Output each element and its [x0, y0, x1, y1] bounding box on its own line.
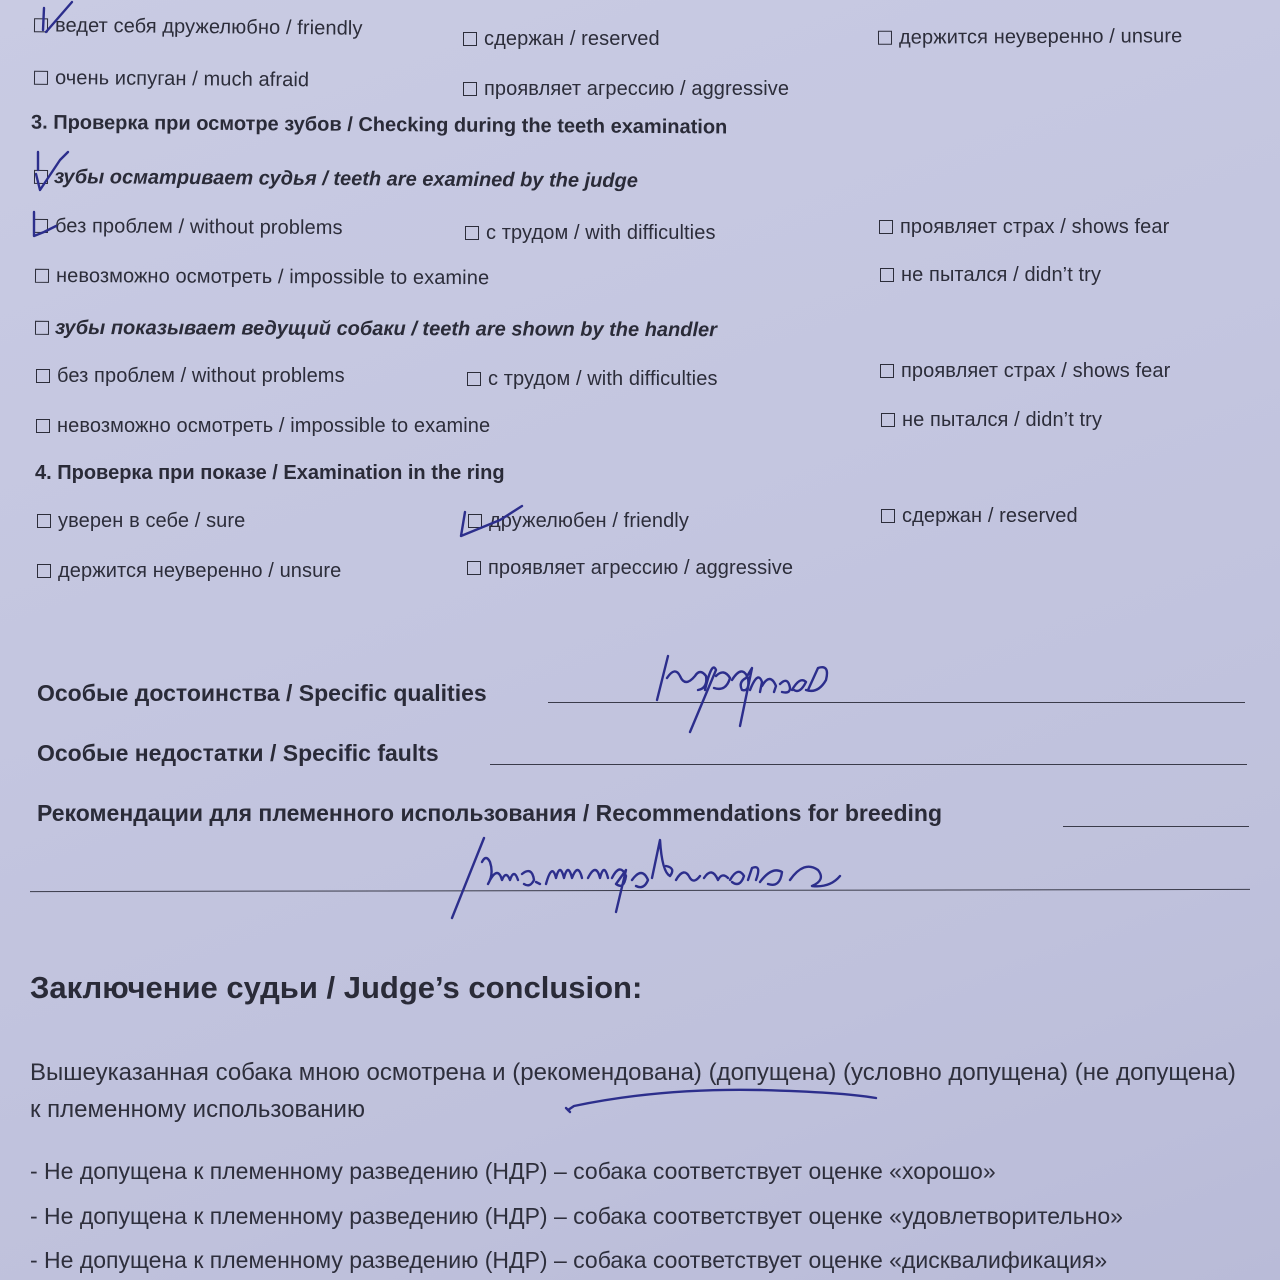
- checkbox-box[interactable]: [465, 226, 479, 240]
- checkbox-judge-shows-fear[interactable]: проявляет страх / shows fear: [879, 216, 1169, 239]
- checkbox-handler-with-difficulties[interactable]: с трудом / with difficulties: [467, 368, 718, 391]
- recommendations-label: Рекомендации для племенного использовани…: [37, 800, 942, 827]
- checkbox-box[interactable]: [880, 364, 894, 378]
- checkbox-box[interactable]: [34, 71, 48, 85]
- checkbox-ring-reserved[interactable]: сдержан / reserved: [881, 505, 1078, 528]
- checkbox-handler-without-problems[interactable]: без проблем / without problems: [36, 365, 345, 388]
- option-label: не пытался / didn’t try: [902, 409, 1102, 431]
- recommendations-line-short[interactable]: [1063, 826, 1249, 827]
- option-label: без проблем / without problems: [57, 365, 345, 387]
- recommendations-line-long[interactable]: [30, 889, 1250, 892]
- option-label: сдержан / reserved: [484, 28, 660, 50]
- checkbox-box[interactable]: [35, 269, 49, 283]
- option-label: сдержан / reserved: [902, 505, 1078, 527]
- checkbox-judge-without-problems[interactable]: без проблем / without problems: [34, 215, 343, 240]
- checkbox-handler-shows-fear[interactable]: проявляет страх / shows fear: [880, 360, 1170, 383]
- option-label: проявляет агрессию / aggressive: [488, 557, 793, 579]
- conclusion-bullet-disqualification: - Не допущена к племенному разведению (Н…: [30, 1247, 1107, 1274]
- specific-qualities-label: Особые достоинства / Specific qualities: [37, 680, 487, 707]
- checkbox-judge-didnt-try[interactable]: не пытался / didn’t try: [880, 264, 1101, 287]
- checkbox-behaves-friendly[interactable]: ведет себя дружелюбно / friendly: [34, 14, 363, 40]
- option-label: с трудом / with difficulties: [486, 222, 716, 244]
- conclusion-bullet-satisfactory: - Не допущена к племенному разведению (Н…: [30, 1203, 1123, 1230]
- option-label: зубы показывает ведущий собаки / teeth a…: [55, 317, 717, 341]
- option-label: не пытался / didn’t try: [901, 264, 1101, 286]
- checkbox-box[interactable]: [37, 514, 51, 528]
- conclusion-statement: Вышеуказанная собака мною осмотрена и (р…: [30, 1054, 1240, 1128]
- checkbox-teeth-by-judge[interactable]: зубы осматривает судья / teeth are exami…: [34, 166, 638, 193]
- checkbox-ring-friendly[interactable]: дружелюбен / friendly: [468, 510, 689, 533]
- option-label: держится неуверенно / unsure: [58, 560, 341, 582]
- checkbox-much-afraid[interactable]: очень испуган / much afraid: [34, 67, 309, 92]
- checkbox-box[interactable]: [880, 268, 894, 282]
- specific-faults-label: Особые недостатки / Specific faults: [37, 740, 439, 767]
- handwritten-recommendation-text: [452, 838, 840, 918]
- checkbox-judge-impossible[interactable]: невозможно осмотреть / impossible to exa…: [35, 265, 489, 290]
- checkbox-handler-didnt-try[interactable]: не пытался / didn’t try: [881, 409, 1102, 432]
- checkbox-box[interactable]: [34, 170, 48, 184]
- checkbox-box[interactable]: [34, 219, 48, 233]
- checkbox-ring-unsure[interactable]: держится неуверенно / unsure: [37, 560, 341, 583]
- checkbox-ring-aggressive[interactable]: проявляет агрессию / aggressive: [467, 557, 793, 580]
- option-label: невозможно осмотреть / impossible to exa…: [57, 415, 490, 437]
- checkbox-box[interactable]: [881, 509, 895, 523]
- checkbox-aggressive[interactable]: проявляет агрессию / aggressive: [463, 78, 789, 101]
- option-label: очень испуган / much afraid: [55, 67, 309, 91]
- option-label: невозможно осмотреть / impossible to exa…: [56, 265, 489, 289]
- option-label: зубы осматривает судья / teeth are exami…: [54, 166, 638, 192]
- checkbox-box[interactable]: [37, 564, 51, 578]
- section-3-title: 3. Проверка при осмотре зубов / Checking…: [31, 112, 727, 140]
- checkbox-box[interactable]: [468, 514, 482, 528]
- checkbox-box[interactable]: [878, 31, 892, 45]
- option-label: с трудом / with difficulties: [488, 368, 718, 390]
- option-label: проявляет страх / shows fear: [901, 360, 1170, 382]
- conclusion-bullet-good: - Не допущена к племенному разведению (Н…: [30, 1158, 996, 1185]
- option-label: без проблем / without problems: [55, 215, 343, 239]
- checkbox-box[interactable]: [463, 32, 477, 46]
- checkbox-box[interactable]: [36, 419, 50, 433]
- checkbox-box[interactable]: [881, 413, 895, 427]
- option-label: уверен в себе / sure: [58, 510, 245, 532]
- specific-qualities-value: хорошая: [0, 0, 1, 1]
- checkbox-box[interactable]: [463, 82, 477, 96]
- checkbox-box[interactable]: [34, 18, 48, 32]
- checkbox-ring-sure[interactable]: уверен в себе / sure: [37, 510, 245, 533]
- option-label: дружелюбен / friendly: [489, 510, 689, 532]
- recommendations-value: рекомендовано: [0, 0, 1, 1]
- checkbox-box[interactable]: [36, 369, 50, 383]
- checkbox-handler-impossible[interactable]: невозможно осмотреть / impossible to exa…: [36, 415, 490, 438]
- option-label: держится неуверенно / unsure: [899, 25, 1182, 48]
- checkbox-box[interactable]: [35, 321, 49, 335]
- handwritten-qualities-text: [657, 656, 827, 732]
- option-label: проявляет страх / shows fear: [900, 216, 1169, 238]
- checkbox-unsure[interactable]: держится неуверенно / unsure: [878, 25, 1182, 50]
- checkbox-judge-with-difficulties[interactable]: с трудом / with difficulties: [465, 222, 716, 245]
- checkbox-box[interactable]: [467, 372, 481, 386]
- checkbox-teeth-by-handler[interactable]: зубы показывает ведущий собаки / teeth a…: [35, 317, 717, 342]
- conclusion-title: Заключение судьи / Judge’s conclusion:: [30, 970, 642, 1006]
- section-4-title: 4. Проверка при показе / Examination in …: [35, 462, 505, 485]
- checkbox-box[interactable]: [879, 220, 893, 234]
- checkbox-reserved[interactable]: сдержан / reserved: [463, 28, 660, 51]
- option-label: ведет себя дружелюбно / friendly: [55, 15, 363, 40]
- specific-faults-line[interactable]: [490, 764, 1247, 765]
- option-label: проявляет агрессию / aggressive: [484, 78, 789, 100]
- specific-qualities-line[interactable]: [548, 702, 1245, 703]
- checkbox-box[interactable]: [467, 561, 481, 575]
